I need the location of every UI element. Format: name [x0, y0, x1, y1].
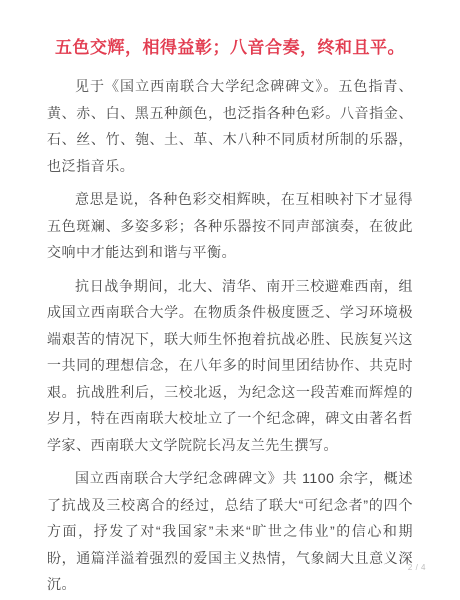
page-indicator: 2 / 4	[408, 563, 426, 572]
document-page: 五色交辉，相得益彰；八音合奏，终和且平。 见于《国立西南联合大学纪念碑碑文》。五…	[0, 0, 460, 600]
paragraph-meaning: 意思是说，各种色彩交相辉映，在互相映衬下才显得五色斑斓、多姿多彩；各种乐器按不同…	[47, 186, 413, 266]
paragraph-inscription-summary: 国立西南联合大学纪念碑碑文》共 1100 余字，概述了抗战及三校离合的经过，总结…	[47, 465, 413, 598]
paragraph-history: 抗日战争期间，北大、清华、南开三校避难西南，组成国立西南联合大学。在物质条件极度…	[47, 273, 413, 459]
document-content: 五色交辉，相得益彰；八音合奏，终和且平。 见于《国立西南联合大学纪念碑碑文》。五…	[0, 0, 460, 598]
paragraph-definition-source: 见于《国立西南联合大学纪念碑碑文》。五色指青、黄、赤、白、黑五种颜色，也泛指各种…	[47, 73, 413, 179]
document-title: 五色交辉，相得益彰；八音合奏，终和且平。	[47, 36, 413, 60]
